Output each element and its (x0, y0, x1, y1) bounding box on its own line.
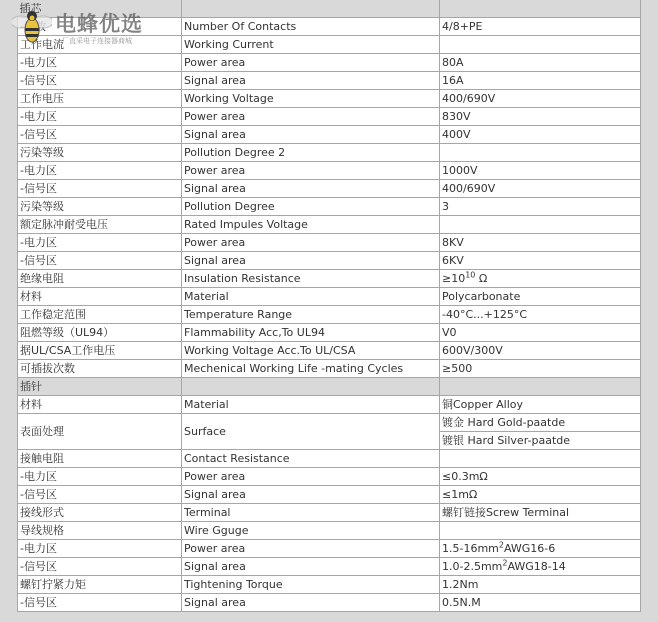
value-cell: 80A (440, 54, 641, 72)
cn-label: -信号区 (18, 558, 182, 576)
en-label: Signal area (182, 180, 440, 198)
value-cell (440, 450, 641, 468)
table-row: -信号区Signal area400V (18, 126, 641, 144)
en-label: Tightening Torque (182, 576, 440, 594)
cn-label: 额定脉冲耐受电压 (18, 216, 182, 234)
value-cell: 400/690V (440, 90, 641, 108)
cn-label: -电力区 (18, 540, 182, 558)
value-cell: 4/8+PE (440, 18, 641, 36)
table-row: 据UL/CSA工作电压Working Voltage Acc.To UL/CSA… (18, 342, 641, 360)
cn-label: 材料 (18, 288, 182, 306)
cn-label: 工作电流 (18, 36, 182, 54)
en-label: Working Voltage Acc.To UL/CSA (182, 342, 440, 360)
en-label: Surface (182, 414, 440, 450)
section-title: 插芯 (18, 0, 182, 18)
en-label: Power area (182, 108, 440, 126)
table-row: 接线形式Terminal螺钉链接Screw Terminal (18, 504, 641, 522)
value-cell: 1.2Nm (440, 576, 641, 594)
spec-table: 插芯 -针数Number Of Contacts4/8+PE 工作电流Worki… (17, 0, 641, 612)
en-label: Working Current (182, 36, 440, 54)
table-row: -电力区Power area8KV (18, 234, 641, 252)
en-label: Signal area (182, 72, 440, 90)
table-row: -信号区Signal area0.5N.M (18, 594, 641, 612)
cn-label: 工作稳定范围 (18, 306, 182, 324)
cn-label: -信号区 (18, 486, 182, 504)
value-cell: 1000V (440, 162, 641, 180)
value-cell: -40°C...+125°C (440, 306, 641, 324)
value-cell (440, 216, 641, 234)
cn-label: 可插拔次数 (18, 360, 182, 378)
cn-label: 据UL/CSA工作电压 (18, 342, 182, 360)
cn-label: -电力区 (18, 234, 182, 252)
table-row: 材料MaterialPolycarbonate (18, 288, 641, 306)
en-label: Material (182, 288, 440, 306)
section-header-pin: 插针 (18, 378, 641, 396)
table-row: -电力区Power area≤0.3mΩ (18, 468, 641, 486)
table-row: -信号区Signal area400/690V (18, 180, 641, 198)
en-label: Power area (182, 54, 440, 72)
cn-label: -电力区 (18, 108, 182, 126)
cn-label: 污染等级 (18, 144, 182, 162)
value-cell: 镀银 Hard Silver-paatde (440, 432, 641, 450)
cn-label: 阻燃等级（UL94） (18, 324, 182, 342)
value-cell (440, 36, 641, 54)
value-cell: 1.0-2.5mm2AWG18-14 (440, 558, 641, 576)
cn-label: -信号区 (18, 72, 182, 90)
en-label: Number Of Contacts (182, 18, 440, 36)
value-cell: ≤1mΩ (440, 486, 641, 504)
table-row: 工作稳定范围Temperature Range-40°C...+125°C (18, 306, 641, 324)
cn-label: -信号区 (18, 126, 182, 144)
section-header-core: 插芯 (18, 0, 641, 18)
en-label: Power area (182, 234, 440, 252)
table-row: -电力区Power area830V (18, 108, 641, 126)
value-cell (440, 144, 641, 162)
cn-label: 接触电阻 (18, 450, 182, 468)
en-label: Signal area (182, 486, 440, 504)
table-row: 额定脉冲耐受电压Rated Impules Voltage (18, 216, 641, 234)
en-label: Signal area (182, 594, 440, 612)
en-label: Insulation Resistance (182, 270, 440, 288)
en-label: Flammability Acc,To UL94 (182, 324, 440, 342)
value-cell: 1.5-16mm2AWG16-6 (440, 540, 641, 558)
table-row: 工作电流Working Current (18, 36, 641, 54)
cn-label: 螺钉拧紧力矩 (18, 576, 182, 594)
table-row: 接触电阻Contact Resistance (18, 450, 641, 468)
cn-label: -电力区 (18, 54, 182, 72)
value-cell: 0.5N.M (440, 594, 641, 612)
cn-label: -信号区 (18, 252, 182, 270)
cn-label: 工作电压 (18, 90, 182, 108)
table-row: 表面处理 Surface 镀金 Hard Gold-paatde (18, 414, 641, 432)
cn-label: -电力区 (18, 468, 182, 486)
en-label: Power area (182, 540, 440, 558)
en-label: Material (182, 396, 440, 414)
section-title: 插针 (18, 378, 182, 396)
en-label: Mechenical Working Life -mating Cycles (182, 360, 440, 378)
cn-label: -信号区 (18, 594, 182, 612)
value-cell: 8KV (440, 234, 641, 252)
en-label: Temperature Range (182, 306, 440, 324)
value-cell: 6KV (440, 252, 641, 270)
table-row: -信号区Signal area16A (18, 72, 641, 90)
en-label: Signal area (182, 252, 440, 270)
table-row: -针数Number Of Contacts4/8+PE (18, 18, 641, 36)
table-row: -电力区Power area80A (18, 54, 641, 72)
table-row: 可插拔次数Mechenical Working Life -mating Cyc… (18, 360, 641, 378)
value-cell: ≥500 (440, 360, 641, 378)
value-cell: 螺钉链接Screw Terminal (440, 504, 641, 522)
value-cell: 830V (440, 108, 641, 126)
en-label: Contact Resistance (182, 450, 440, 468)
en-label: Wire Gguge (182, 522, 440, 540)
value-cell: 400/690V (440, 180, 641, 198)
table-row: -信号区Signal area6KV (18, 252, 641, 270)
en-label: Terminal (182, 504, 440, 522)
en-label: Rated Impules Voltage (182, 216, 440, 234)
cn-label: 导线规格 (18, 522, 182, 540)
table-row: 污染等级Pollution Degree3 (18, 198, 641, 216)
table-row: -信号区Signal area≤1mΩ (18, 486, 641, 504)
en-label: Signal area (182, 126, 440, 144)
table-row: 绝缘电阻Insulation Resistance≥1010 Ω (18, 270, 641, 288)
value-cell (440, 522, 641, 540)
table-row: -电力区Power area1000V (18, 162, 641, 180)
value-cell: 3 (440, 198, 641, 216)
table-row: -电力区Power area1.5-16mm2AWG16-6 (18, 540, 641, 558)
cn-label: -电力区 (18, 162, 182, 180)
en-label: Power area (182, 162, 440, 180)
table-row: 螺钉拧紧力矩Tightening Torque1.2Nm (18, 576, 641, 594)
value-cell: 16A (440, 72, 641, 90)
en-label: Pollution Degree 2 (182, 144, 440, 162)
table-row: 污染等级Pollution Degree 2 (18, 144, 641, 162)
spec-table-container: 插芯 -针数Number Of Contacts4/8+PE 工作电流Worki… (17, 0, 640, 612)
table-row: 阻燃等级（UL94）Flammability Acc,To UL94V0 (18, 324, 641, 342)
value-cell: 镀金 Hard Gold-paatde (440, 414, 641, 432)
value-cell: V0 (440, 324, 641, 342)
table-row: 材料Material铜Copper Alloy (18, 396, 641, 414)
cn-label: 表面处理 (18, 414, 182, 450)
value-cell: ≥1010 Ω (440, 270, 641, 288)
value-cell: ≤0.3mΩ (440, 468, 641, 486)
table-row: 工作电压Working Voltage400/690V (18, 90, 641, 108)
value-cell: 400V (440, 126, 641, 144)
en-label: Power area (182, 468, 440, 486)
table-row: 导线规格Wire Gguge (18, 522, 641, 540)
table-row: -信号区Signal area1.0-2.5mm2AWG18-14 (18, 558, 641, 576)
value-cell: 铜Copper Alloy (440, 396, 641, 414)
cn-label: 绝缘电阻 (18, 270, 182, 288)
en-label: Working Voltage (182, 90, 440, 108)
cn-label: 污染等级 (18, 198, 182, 216)
en-label: Pollution Degree (182, 198, 440, 216)
cn-label: -针数 (18, 18, 182, 36)
cn-label: 材料 (18, 396, 182, 414)
value-cell: 600V/300V (440, 342, 641, 360)
cn-label: -信号区 (18, 180, 182, 198)
cn-label: 接线形式 (18, 504, 182, 522)
en-label: Signal area (182, 558, 440, 576)
value-cell: Polycarbonate (440, 288, 641, 306)
